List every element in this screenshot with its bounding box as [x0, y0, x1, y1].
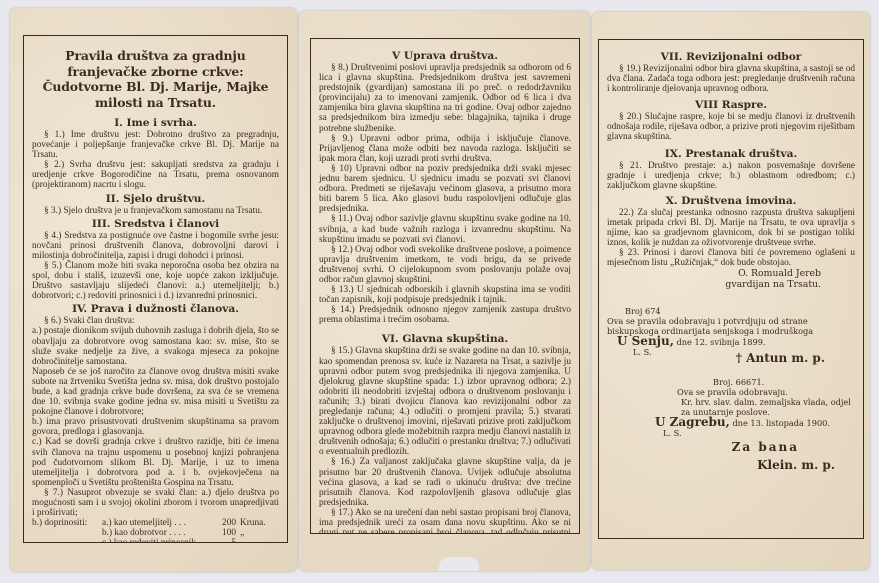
signature-role: gvardijan na Trsatu. [607, 279, 855, 290]
contribution-item: a.) kao utemeljitelj . . . [102, 518, 214, 528]
approval-signer: Klein. m. p. [607, 460, 855, 470]
paragraph: § 8.) Društvenimi poslovi upravlja preds… [319, 63, 571, 134]
paragraph: § 2.) Svrha društvu jest: sakupljati sre… [32, 160, 279, 190]
paragraph: b.) ima pravo prisustvovati društvenim s… [32, 417, 279, 437]
paragraph: § 6.) Svaki član društva: [32, 316, 279, 326]
torn-edge [439, 557, 479, 571]
contribution-table: b.) doprinositi: a.) kao utemeljitelj . … [32, 518, 279, 543]
paragraph: Naposeb će se još naročito za članove ov… [32, 367, 279, 417]
section-heading: I. Ime i svrha. [32, 117, 279, 130]
paragraph: § 15.) Glavna skupština drži se svake go… [319, 346, 571, 457]
paragraph: § 14.) Predsjednik odnosno njegov zamjen… [319, 305, 571, 325]
paragraph: a.) postaje dionikom svijuh duhovnih zas… [32, 326, 279, 366]
contribution-unit: „ [240, 538, 279, 543]
approval-line: Kr. hrv. slav. dalm. zemaljska vlada, od… [607, 397, 855, 417]
section-heading: IX. Prestanak društva. [607, 148, 855, 161]
contribution-row: b.) doprinositi: a.) kao utemeljitelj . … [32, 518, 279, 528]
text-frame-left: Pravila društva za gradnju franjevačke z… [23, 35, 288, 543]
paragraph: c.) Kad se dovrši gradnja crkve i društv… [32, 437, 279, 487]
paragraph: § 10) Upravni odbor na poziv predsjednik… [319, 164, 571, 214]
contribution-item: b.) kao dobrotvor . . . . [102, 528, 214, 538]
paragraph: § 20.) Slučajne raspre, koje bi se medju… [607, 112, 855, 142]
paragraph: § 16.) Za valjanost zaključaka glavne sk… [319, 457, 571, 507]
paragraph: § 23. Prinosi i darovi članova biti će p… [607, 248, 855, 268]
document-panel-middle: V Uprava društva. § 8.) Društvenimi posl… [299, 11, 590, 571]
paragraph: § 1.) Ime društvu jest: Dobrotno društvo… [32, 130, 279, 160]
paragraph: 22.) Za slučaj prestanka odnosno razpust… [607, 208, 855, 248]
contribution-row: c.) kao redoviti prinosnik 5 „ [32, 538, 279, 543]
paragraph: § 9.) Upravni odbor prima, odbija i iskl… [319, 134, 571, 164]
contribution-amount: 100 [214, 528, 240, 538]
paragraph: § 19.) Revizijonalni odbor bira glavna s… [607, 64, 855, 94]
document-title: Pravila društva za gradnju franjevačke z… [32, 48, 279, 110]
approval-text: Ova se pravila odobravaju i potvrdjuju o… [607, 316, 855, 336]
paragraph: § 4.) Sredstva za postignuće ove častne … [32, 231, 279, 261]
approval-signer-title: Za bana [607, 442, 855, 452]
contribution-label: b.) doprinositi: [32, 518, 102, 528]
paragraph: § 11.) Ovaj odbor sazivlje glavnu skupšt… [319, 214, 571, 244]
paragraph: § 3.) Sjelo društva je u franjevačkom sa… [32, 206, 279, 216]
contribution-item: c.) kao redoviti prinosnik [102, 538, 214, 543]
contribution-unit: Kruna. [240, 518, 279, 528]
document-panel-left: Pravila društva za gradnju franjevačke z… [10, 8, 297, 572]
section-heading: V Uprava društva. [319, 50, 571, 63]
paragraph: § 21. Društvo prestaje: a.) nakon posvem… [607, 161, 855, 191]
section-heading: IV. Prava i dužnosti članova. [32, 303, 279, 316]
paragraph: § 13.) U sjednicah odborskih i glavnih s… [319, 285, 571, 305]
contribution-unit: „ [240, 528, 279, 538]
signature-name: O. Romuald Jereb [607, 268, 855, 279]
approval-line: Ova se pravila odobravaju. [607, 387, 855, 397]
section-heading: VII. Revizijonalni odbor [607, 51, 855, 64]
contribution-row: b.) kao dobrotvor . . . . 100 „ [32, 528, 279, 538]
paragraph: § 5.) Članom može biti svaka neporočna o… [32, 261, 279, 301]
section-heading: X. Društvena imovina. [607, 195, 855, 208]
approval-place: U Senju, [617, 334, 674, 348]
approval-place: U Zagrebu, [655, 415, 730, 429]
approval-date: dne 13. listopada 1900. [732, 418, 830, 428]
approval-date: dne 12. svibnja 1899. [677, 337, 766, 347]
seal-mark: L. S. [607, 428, 855, 438]
contribution-amount: 5 [214, 538, 240, 543]
contribution-amount: 200 [214, 518, 240, 528]
paragraph: § 12.) Ovaj odbor vodi svekolike društve… [319, 245, 571, 285]
section-heading: III. Sredstva i članovi [32, 218, 279, 231]
approval-number: Broj. 66671. [607, 377, 855, 387]
paragraph: § 17.) Ako se na urečeni dan nebi sastao… [319, 508, 571, 534]
section-heading: VIII Raspre. [607, 99, 855, 112]
paragraph: § 7.) Nasuprot obvezuje se svaki član: a… [32, 488, 279, 518]
approval-zagreb: Broj. 66671. Ova se pravila odobravaju. … [607, 377, 855, 470]
section-heading: VI. Glavna skupština. [319, 333, 571, 346]
text-frame-right: VII. Revizijonalni odbor § 19.) Revizijo… [598, 39, 864, 539]
document-panel-right: VII. Revizijonalni odbor § 19.) Revizijo… [592, 12, 870, 570]
text-frame-middle: V Uprava društva. § 8.) Društvenimi posl… [310, 38, 580, 534]
section-heading: II. Sjelo društvu. [32, 193, 279, 206]
approval-number: Broj 674 [607, 306, 855, 316]
approval-senj: Broj 674 Ova se pravila odobravaju i pot… [607, 306, 855, 363]
